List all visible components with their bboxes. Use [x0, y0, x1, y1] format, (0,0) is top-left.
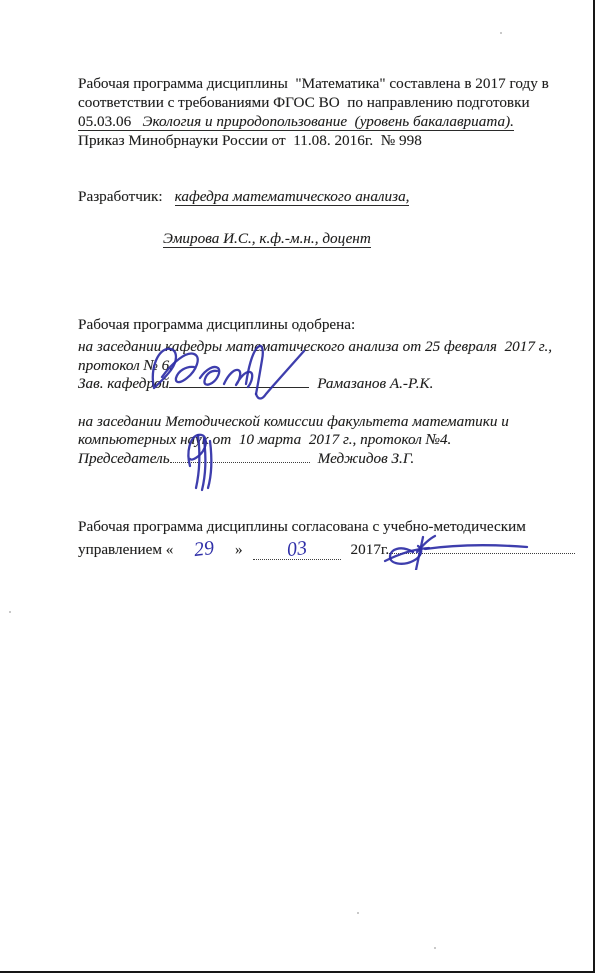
intro-line-1: Рабочая программа дисциплины "Математика…: [78, 74, 549, 93]
program-title: Экология и природопользование (уровень б…: [131, 113, 514, 130]
program-code: 05.03.06: [78, 113, 131, 130]
dept-meeting-line-1: на заседании кафедры математического ана…: [78, 337, 552, 356]
agreement-year: 2017г.: [351, 541, 390, 558]
method-commission-line-2: компьютерных наук от 10 марта 2017 г., п…: [78, 430, 451, 449]
agreement-close-quote: »: [231, 541, 242, 558]
developer-department: кафедра математического анализа,: [175, 188, 410, 206]
scan-speck: [357, 912, 359, 914]
developer-person-line: Эмирова И.С., к.ф.-м.н., доцент: [163, 229, 371, 248]
scan-speck: [500, 32, 502, 34]
scan-speck: [9, 611, 11, 613]
chairman-line: ПредседательМеджидов З.Г.: [78, 449, 414, 468]
approval-title: Рабочая программа дисциплины одобрена:: [78, 315, 355, 334]
dept-meeting-line-2: протокол № 6.: [78, 356, 173, 375]
head-of-department-line: Зав. кафедройРамазанов А.-Р.К.: [78, 374, 433, 393]
intro-line-2: соответствии с требованиями ФГОС ВО по н…: [78, 93, 549, 112]
developer-person: Эмирова И.С., к.ф.-м.н., доцент: [163, 230, 371, 248]
developer-label: Разработчик:: [78, 188, 163, 205]
scan-speck: [434, 947, 436, 949]
handwritten-month: 03: [285, 538, 307, 560]
agreement-line-1: Рабочая программа дисциплины согласована…: [78, 517, 526, 536]
scanned-document-page: Рабочая программа дисциплины "Математика…: [0, 0, 595, 973]
agreement-line-2: управлением « 29 »032017г.: [78, 538, 575, 560]
chairman-signature-line: [170, 449, 310, 463]
agreement-prefix: управлением «: [78, 541, 177, 558]
intro-line-4: Приказ Минобрнауки России от 11.08. 2016…: [78, 131, 549, 150]
head-name: Рамазанов А.-Р.К.: [317, 375, 433, 392]
method-commission-line-1: на заседании Методической комиссии факул…: [78, 412, 509, 431]
chairman-name: Меджидов З.Г.: [318, 450, 414, 467]
intro-paragraph: Рабочая программа дисциплины "Математика…: [78, 74, 549, 150]
handwritten-day: 29: [193, 538, 215, 560]
head-signature-line: [169, 374, 309, 388]
chairman-label: Председатель: [78, 450, 170, 467]
handwritten-month-slot: 03: [253, 538, 341, 560]
intro-line-3: 05.03.06 Экология и природопользование (…: [78, 112, 549, 131]
head-label: Зав. кафедрой: [78, 375, 169, 392]
developer-line: Разработчик:кафедра математического анал…: [78, 187, 409, 206]
umu-signature-line: [389, 540, 575, 554]
handwritten-day-slot: 29: [177, 538, 231, 559]
